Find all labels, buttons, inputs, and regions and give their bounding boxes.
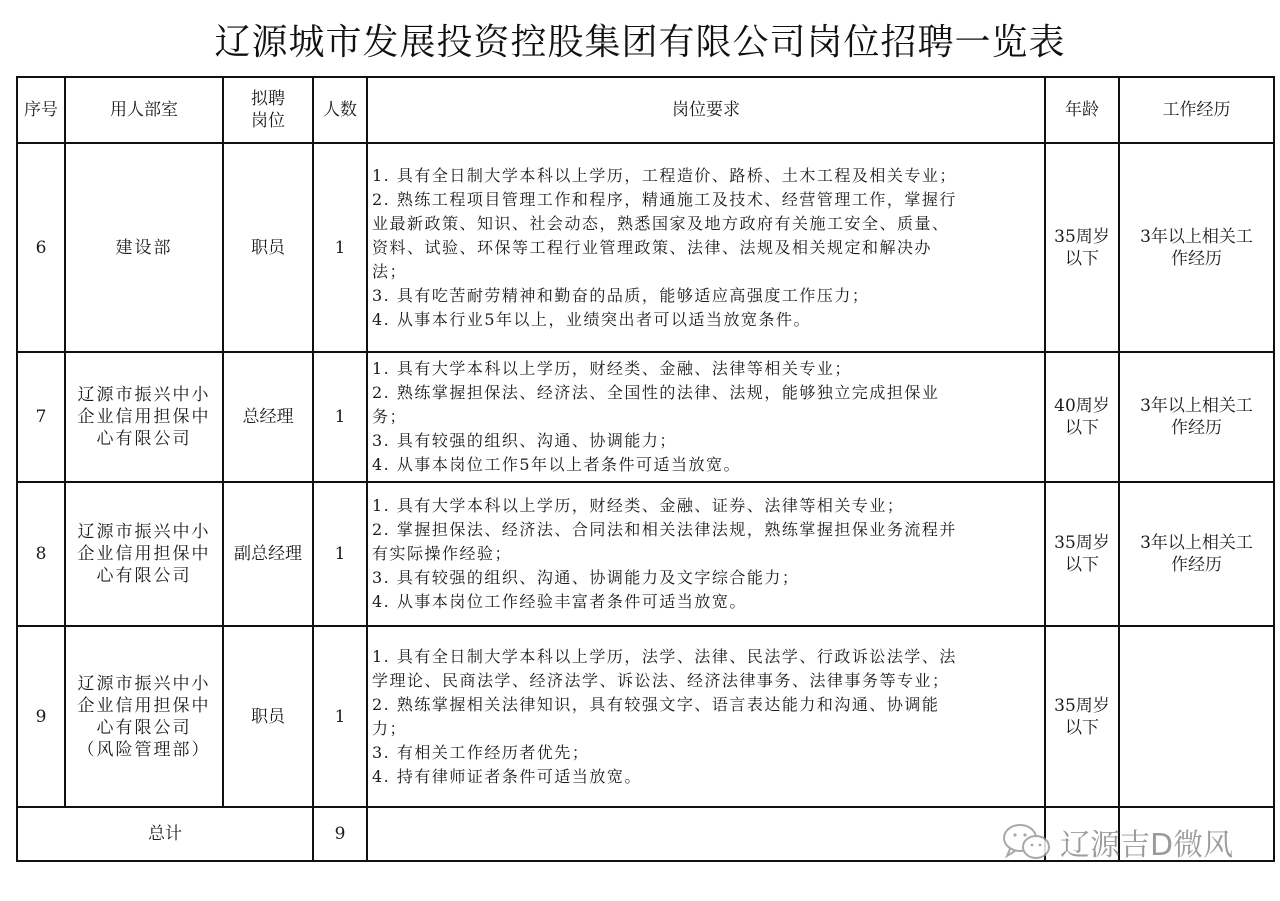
header-count: 人数 (313, 77, 367, 143)
cell-experience (1119, 626, 1274, 807)
header-dept: 用人部室 (65, 77, 223, 143)
header-row: 序号 用人部室 拟聘 岗位 人数 岗位要求 年龄 工作经历 (17, 77, 1274, 143)
cell-requirements: 1. 具有全日制大学本科以上学历，法学、法律、民法学、行政诉讼法学、法 学理论、… (367, 626, 1045, 807)
total-row: 总计 9 (17, 807, 1274, 861)
cell-dept: 辽源市振兴中小 企业信用担保中 心有限公司 (65, 482, 223, 626)
cell-experience: 3年以上相关工 作经历 (1119, 482, 1274, 626)
cell-requirements: 1. 具有大学本科以上学历，财经类、金融、法律等相关专业； 2. 熟练掌握担保法… (367, 352, 1045, 482)
cell-position: 职员 (223, 143, 313, 352)
header-position: 拟聘 岗位 (223, 77, 313, 143)
cell-count: 1 (313, 626, 367, 807)
cell-experience: 3年以上相关工 作经历 (1119, 143, 1274, 352)
cell-position: 总经理 (223, 352, 313, 482)
cell-seq: 9 (17, 626, 65, 807)
cell-age: 35周岁 以下 (1045, 626, 1119, 807)
total-label: 总计 (17, 807, 313, 861)
cell-age: 35周岁 以下 (1045, 143, 1119, 352)
total-experience (1119, 807, 1274, 861)
header-seq: 序号 (17, 77, 65, 143)
cell-position: 职员 (223, 626, 313, 807)
cell-requirements: 1. 具有大学本科以上学历，财经类、金融、证券、法律等相关专业； 2. 掌握担保… (367, 482, 1045, 626)
cell-age: 40周岁 以下 (1045, 352, 1119, 482)
cell-dept: 辽源市振兴中小 企业信用担保中 心有限公司 （风险管理部） (65, 626, 223, 807)
cell-requirements: 1. 具有全日制大学本科以上学历，工程造价、路桥、土木工程及相关专业； 2. 熟… (367, 143, 1045, 352)
table-row: 7 辽源市振兴中小 企业信用担保中 心有限公司 总经理 1 1. 具有大学本科以… (17, 352, 1274, 482)
total-count: 9 (313, 807, 367, 861)
header-age: 年龄 (1045, 77, 1119, 143)
cell-count: 1 (313, 482, 367, 626)
table-row: 9 辽源市振兴中小 企业信用担保中 心有限公司 （风险管理部） 职员 1 1. … (17, 626, 1274, 807)
total-requirements (367, 807, 1045, 861)
cell-dept: 辽源市振兴中小 企业信用担保中 心有限公司 (65, 352, 223, 482)
cell-seq: 6 (17, 143, 65, 352)
cell-position: 副总经理 (223, 482, 313, 626)
cell-age: 35周岁 以下 (1045, 482, 1119, 626)
cell-count: 1 (313, 143, 367, 352)
header-experience: 工作经历 (1119, 77, 1274, 143)
table-row: 6 建设部 职员 1 1. 具有全日制大学本科以上学历，工程造价、路桥、土木工程… (17, 143, 1274, 352)
header-requirements: 岗位要求 (367, 77, 1045, 143)
page-title: 辽源城市发展投资控股集团有限公司岗位招聘一览表 (0, 14, 1280, 65)
recruitment-table: 序号 用人部室 拟聘 岗位 人数 岗位要求 年龄 工作经历 6 建设部 职员 1… (16, 76, 1275, 862)
cell-seq: 7 (17, 352, 65, 482)
total-age (1045, 807, 1119, 861)
cell-seq: 8 (17, 482, 65, 626)
cell-experience: 3年以上相关工 作经历 (1119, 352, 1274, 482)
cell-count: 1 (313, 352, 367, 482)
cell-dept: 建设部 (65, 143, 223, 352)
table-row: 8 辽源市振兴中小 企业信用担保中 心有限公司 副总经理 1 1. 具有大学本科… (17, 482, 1274, 626)
